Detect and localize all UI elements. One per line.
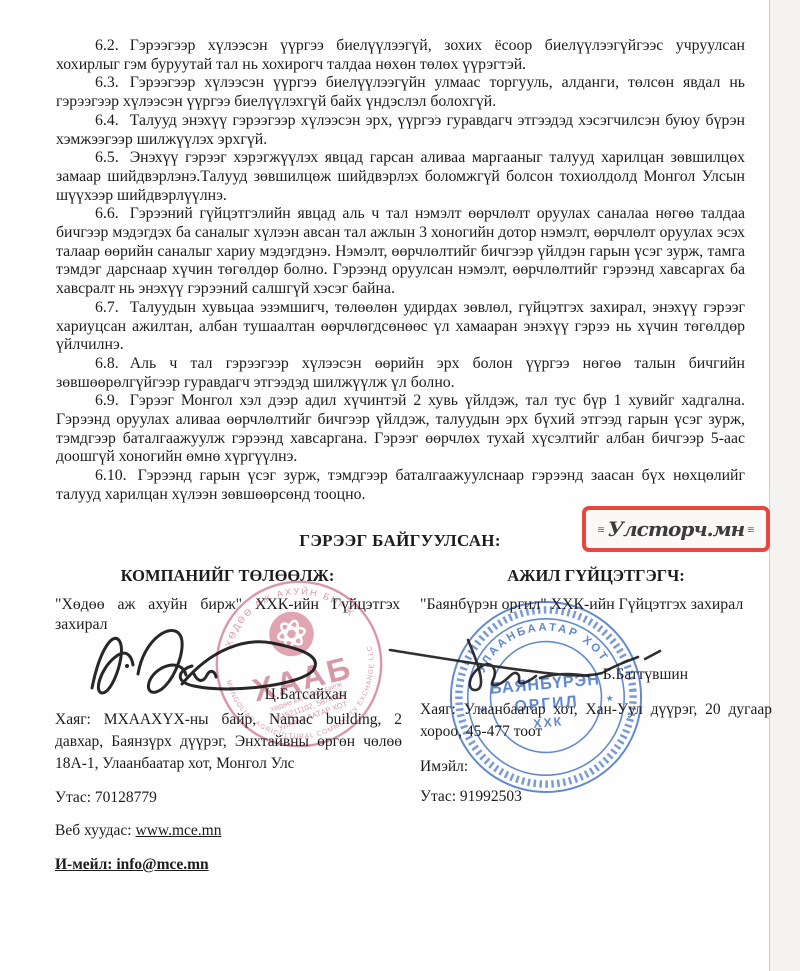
contractor-heading: АЖИЛ ГҮЙЦЭТГЭГЧ: <box>420 566 772 586</box>
clause-text: Энэхүү гэрээг хэрэгжүүлэх явцад гарсан а… <box>56 149 745 203</box>
clause: 6.10.Гэрээнд гарын үсэг зурж, тэмдгээр б… <box>56 467 745 504</box>
contract-clauses: 6.2.Гэрээгээр хүлээсэн үүргээ биелүүлээг… <box>0 0 800 505</box>
contractor-role: "Баянбүрэн оргил" ХХК-ийн Гүйцэтгэх захи… <box>420 595 775 615</box>
contractor-signature-icon <box>388 630 682 702</box>
clause-text: Гэрээгээр хүлээсэн үүргээ биелүүлээгүй, … <box>56 37 745 73</box>
clause-text: Гэрээний гүйцэтгэлийн явцад аль ч тал нэ… <box>56 205 745 297</box>
address-value: МХААХҮХ-ны байр, Namac building, 2 давха… <box>55 711 402 772</box>
company-phone: Утас: 70128779 <box>55 787 402 809</box>
contractor-phone: Утас: 91992503 <box>420 786 772 808</box>
clause-number: 6.4. <box>95 112 119 129</box>
address-value: Улаанбаатар хот, Хан-Уул дүүрэг, 20 дуга… <box>420 701 772 740</box>
watermark-badge: ≡ Улсторч.мн ≡ <box>582 506 770 552</box>
company-address: Хаяг: МХААХҮХ-ны байр, Namac building, 2… <box>55 709 402 775</box>
clause-number: 6.5. <box>95 149 119 166</box>
email-label: И-мейл: <box>55 856 112 873</box>
clause: 6.3.Гэрээгээр хүлээсэн үүргээ биелүүлээг… <box>56 74 745 111</box>
clause-text: Талууд энэхүү гэрээгээр хүлээсэн эрх, үү… <box>56 112 745 148</box>
phone-label: Утас: <box>420 788 456 805</box>
phone-value: 70128779 <box>95 789 157 806</box>
email-label: Имэйл: <box>420 758 468 775</box>
clause-number: 6.7. <box>95 299 119 316</box>
company-signature-icon <box>78 608 346 710</box>
clause-number: 6.8. <box>95 355 119 372</box>
signing-section: ≡ Улсторч.мн ≡ ГЭРЭЭГ БАЙГУУЛСАН: КОМПАН… <box>0 503 800 971</box>
scan-edge <box>769 0 800 971</box>
clause: 6.8.Аль ч тал гэрээгээр хүлээсэн өөрийн … <box>56 355 745 392</box>
company-email: И-мейл: info@mce.mn <box>55 854 402 876</box>
clause-text: Аль ч тал гэрээгээр хүлээсэн өөрийн эрх … <box>56 355 745 391</box>
watermark-wing-icon: ≡ <box>747 523 754 536</box>
clause-text: Гэрээг Монгол хэл дээр адил хүчинтэй 2 х… <box>56 392 745 465</box>
contractor-address: Хаяг: Улаанбаатар хот, Хан-Уул дүүрэг, 2… <box>420 699 772 743</box>
clause: 6.4.Талууд энэхүү гэрээгээр хүлээсэн эрх… <box>56 112 745 149</box>
watermark-text: Улсторч.мн <box>608 517 744 541</box>
clause-text: Гэрээгээр хүлээсэн үүргээ биелүүлээгүйн … <box>56 74 745 110</box>
clause-number: 6.6. <box>95 205 119 222</box>
clause: 6.7.Талуудын хувьцаа эзэмшигч, төлөөлөн … <box>56 299 745 355</box>
clause: 6.6.Гэрээний гүйцэтгэлийн явцад аль ч та… <box>56 205 745 299</box>
clause: 6.9.Гэрээг Монгол хэл дээр адил хүчинтэй… <box>56 392 745 467</box>
clause-number: 6.10. <box>95 467 127 484</box>
clause-number: 6.2. <box>95 37 119 54</box>
clause-number: 6.9. <box>95 392 119 409</box>
clause-text: Гэрээнд гарын үсэг зурж, тэмдгээр баталг… <box>56 467 745 503</box>
watermark-wing-icon: ≡ <box>597 523 604 536</box>
website-label: Веб хуудас: <box>55 822 132 839</box>
document-page: 6.2.Гэрээгээр хүлээсэн үүргээ биелүүлээг… <box>0 0 800 971</box>
clause: 6.2.Гэрээгээр хүлээсэн үүргээ биелүүлээг… <box>56 37 745 74</box>
website-url: www.mce.mn <box>136 822 222 839</box>
company-website: Веб хуудас: www.mce.mn <box>55 820 402 842</box>
email-value: info@mce.mn <box>116 856 208 873</box>
clause-text: Талуудын хувьцаа эзэмшигч, төлөөлөн удир… <box>56 299 745 353</box>
address-label: Хаяг: <box>55 711 91 728</box>
clause-number: 6.3. <box>95 74 119 91</box>
address-label: Хаяг: <box>420 701 456 718</box>
phone-label: Утас: <box>55 789 91 806</box>
clause: 6.5.Энэхүү гэрээг хэрэгжүүлэх явцад гарс… <box>56 149 745 205</box>
contractor-email: Имэйл: <box>420 756 772 778</box>
phone-value: 91992503 <box>460 788 522 805</box>
